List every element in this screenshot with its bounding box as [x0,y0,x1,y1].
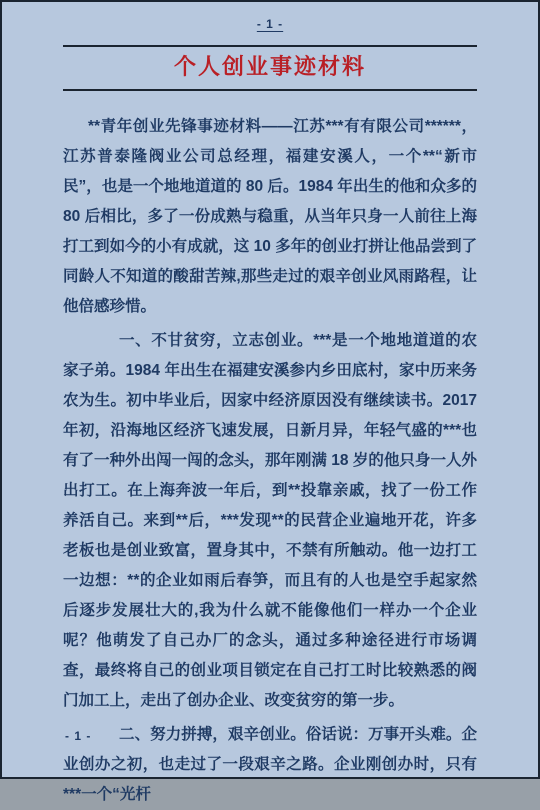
paragraph-section-1: 一、不甘贫穷，立志创业。***是一个地地道道的农家子弟。1984 年出生在福建安… [63,326,477,716]
title-block: 个人创业事迹材料 [63,45,477,91]
paragraph-section-2: 二、努力拼搏，艰辛创业。俗话说：万事开头难。企业创办之初，也走过了一段艰辛之路。… [63,720,477,783]
document-page: - 1 - 个人创业事迹材料 **青年创业先锋事迹材料——江苏***有有限公司*… [0,0,540,779]
page-footer: - 1 - [65,729,91,743]
document-title: 个人创业事迹材料 [63,52,477,82]
document-body: **青年创业先锋事迹材料——江苏***有有限公司******，江苏普泰隆阀业公司… [63,91,477,783]
page-header: - 1 - [2,2,538,45]
header-page-number: - 1 - [257,17,283,31]
paragraph-intro: **青年创业先锋事迹材料——江苏***有有限公司******，江苏普泰隆阀业公司… [63,112,477,322]
footer-page-number: - 1 - [65,729,91,743]
